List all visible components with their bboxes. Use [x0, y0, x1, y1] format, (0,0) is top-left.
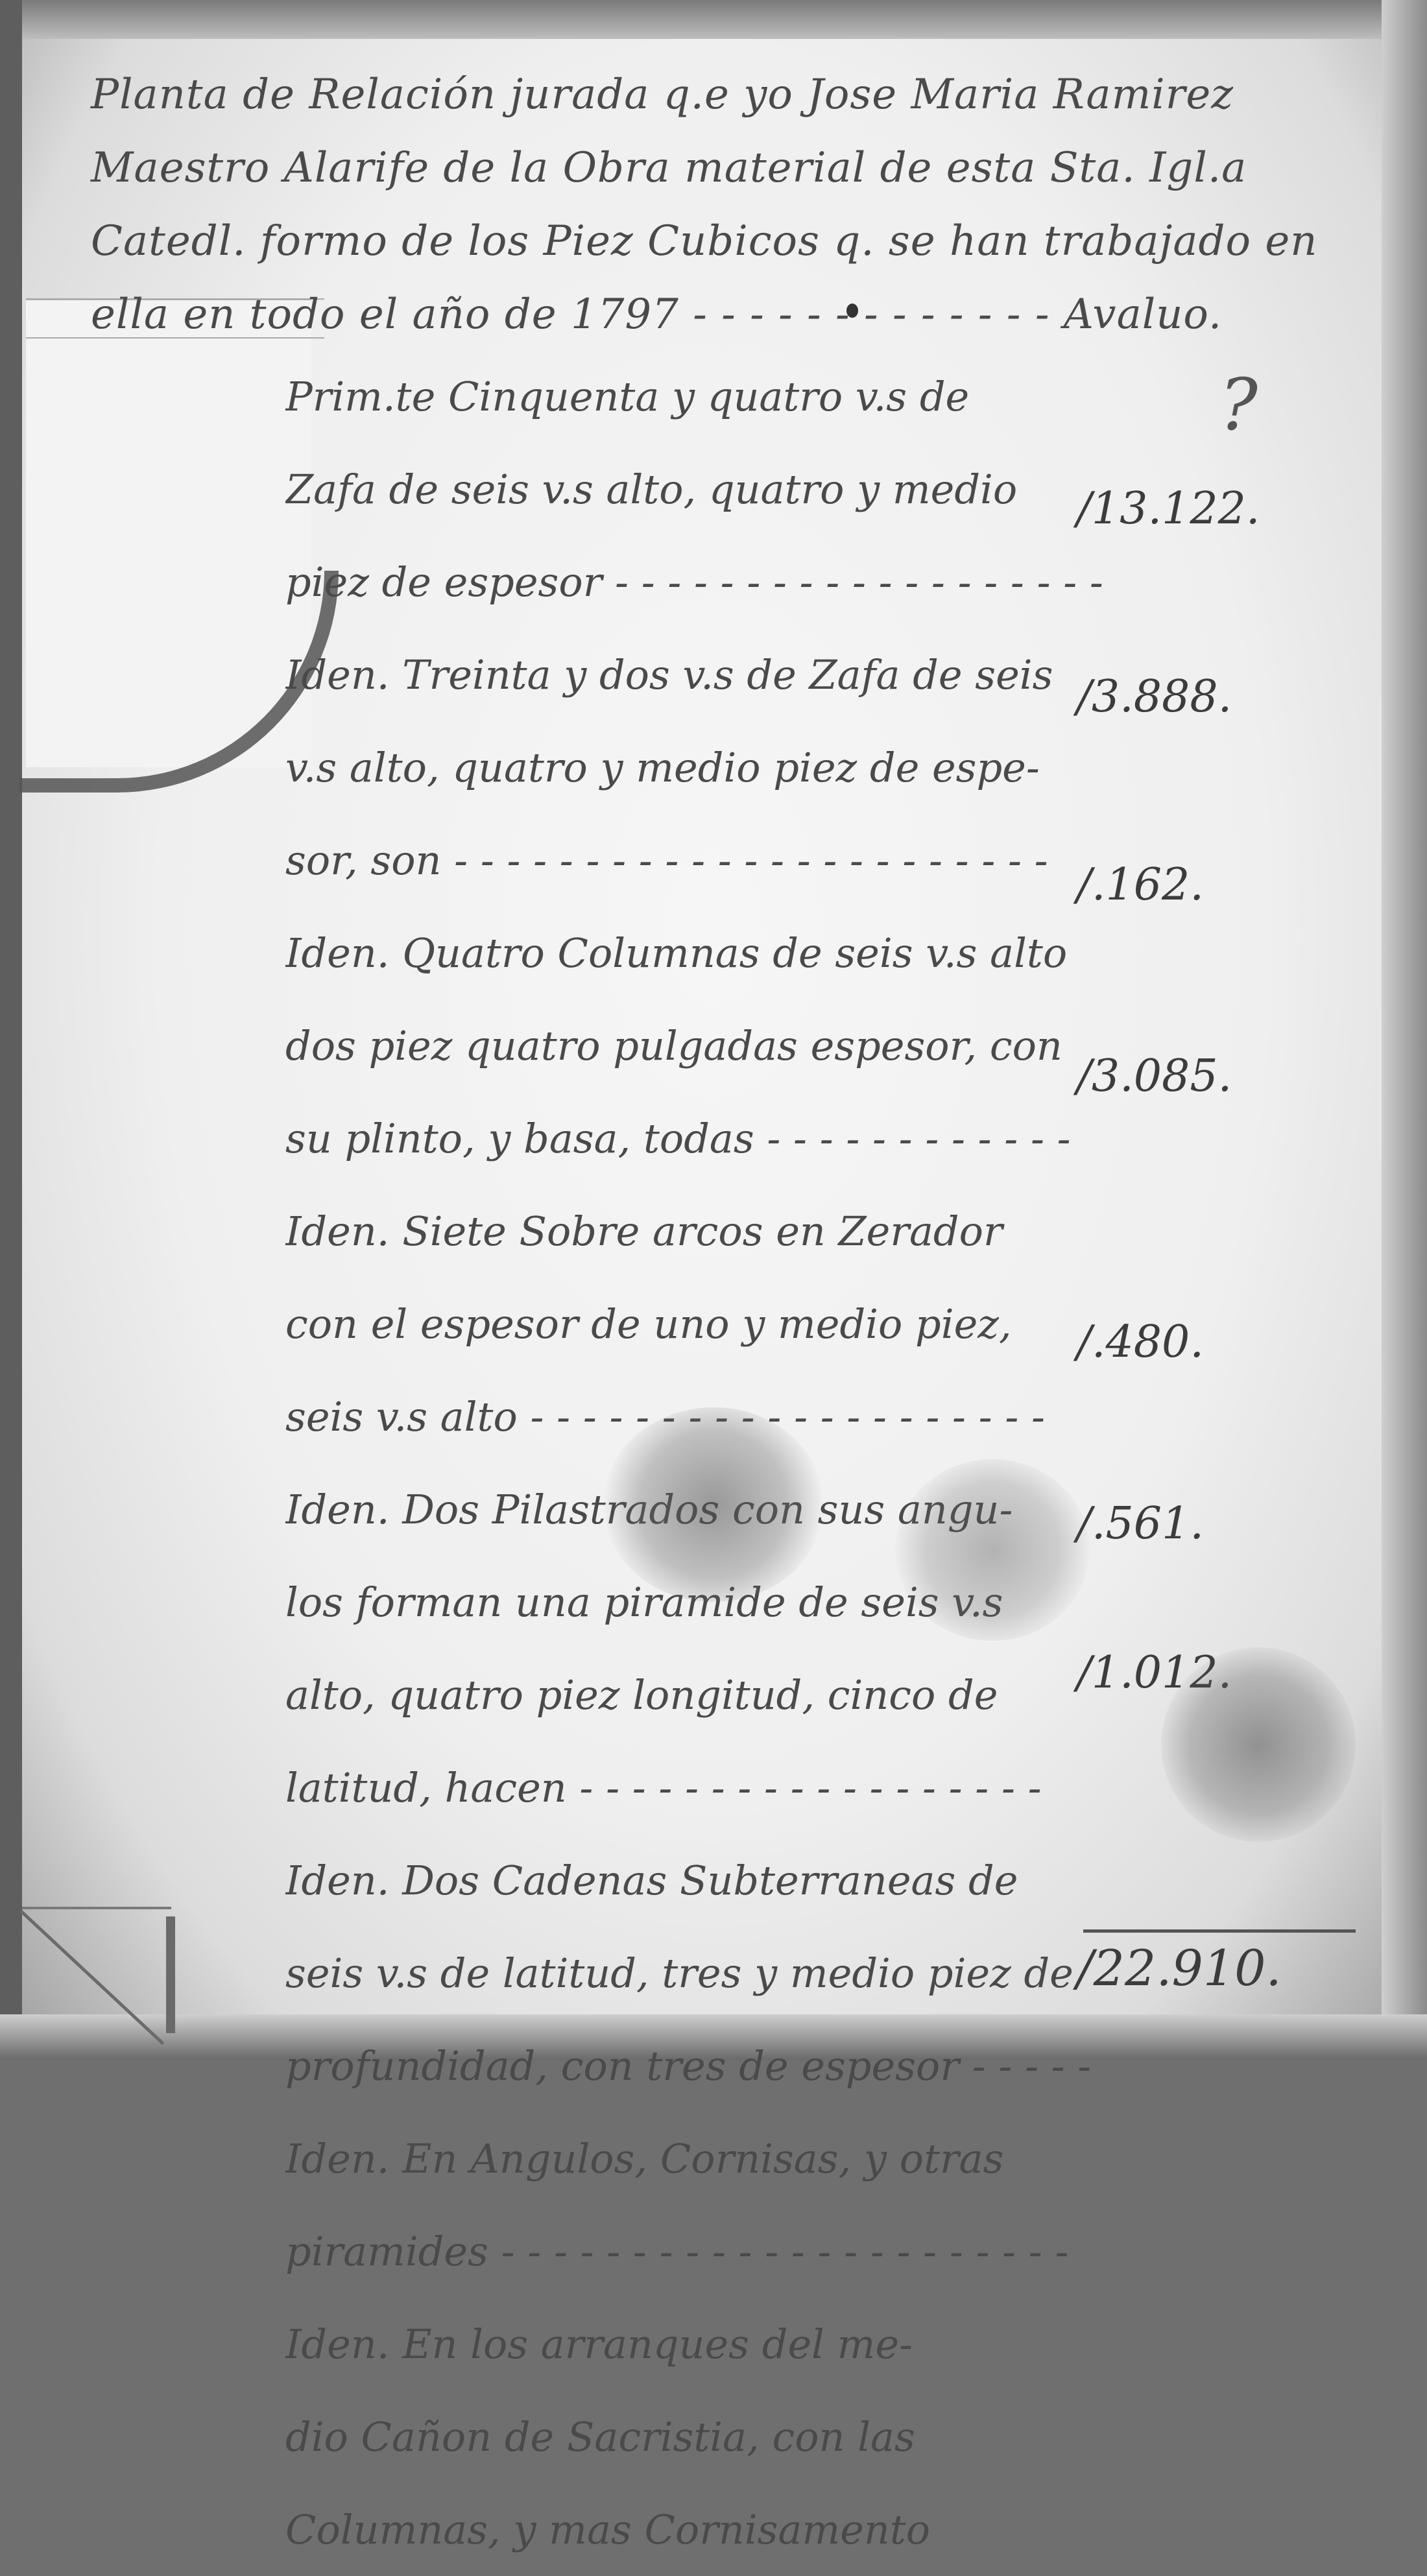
entry-amount: /.480.: [1077, 1317, 1310, 1368]
entry-line: dos piez quatro pulgadas espesor, con: [285, 999, 1129, 1092]
entry-line: Iden. Treinta y dos v.s de Zafa de seis: [285, 628, 1129, 721]
entry: Iden. Dos Cadenas Subterraneas de seis v…: [285, 1834, 1129, 2060]
water-stain: [603, 1407, 824, 1602]
heading-line: Planta de Relación jurada q.e yo Jose Ma…: [91, 58, 1349, 132]
entry-amount: /.162.: [1077, 859, 1310, 911]
entry-line: latitud, hacen - - - - - - - - - - - - -…: [285, 1741, 1129, 1834]
entry-line: seis v.s de latitud, tres y medio piez d…: [285, 1927, 1129, 2020]
entry-amount: /3.085.: [1077, 1051, 1310, 1102]
entry: Iden. Quatro Columnas de seis v.s alto d…: [285, 907, 1129, 1185]
entry: Iden. Treinta y dos v.s de Zafa de seis …: [285, 628, 1129, 907]
entry-line: Prim.te Cinquenta y quatro v.s de: [285, 350, 1129, 443]
entry-line: Iden. Quatro Columnas de seis v.s alto: [285, 907, 1129, 999]
document-heading: Planta de Relación jurada q.e yo Jose Ma…: [91, 58, 1349, 352]
entry-line: Zafa de seis v.s alto, quatro y medio: [285, 443, 1129, 536]
entries-list: Prim.te Cinquenta y quatro v.s de Zafa d…: [285, 350, 1129, 2060]
entry-line: su plinto, y basa, todas - - - - - - - -…: [285, 1092, 1129, 1185]
entry-line: alto, quatro piez longitud, cinco de: [285, 1649, 1129, 1741]
heading-line: ella en todo el año de 1797 - - - - - - …: [91, 278, 1349, 352]
entry-line: v.s alto, quatro y medio piez de espe-: [285, 721, 1129, 814]
photo-border-right: [1382, 0, 1427, 2060]
entry: Prim.te Cinquenta y quatro v.s de Zafa d…: [285, 350, 1129, 628]
entry-amount: /3.888.: [1077, 671, 1310, 722]
grand-total: /22.910.: [1077, 1939, 1282, 1997]
entry-line: piez de espesor - - - - - - - - - - - - …: [285, 536, 1129, 628]
heading-line: Maestro Alarife de la Obra material de e…: [91, 132, 1349, 205]
entry-line: Iden. Dos Cadenas Subterraneas de: [285, 1834, 1129, 1927]
corner-fold-line: [166, 1916, 175, 2033]
entry-amount: /13.122.: [1077, 483, 1310, 534]
heading-line: Catedl. formo de los Piez Cubicos q. se …: [91, 205, 1349, 278]
entry-line: con el espesor de uno y medio piez,: [285, 1278, 1129, 1370]
entry-line: sor, son - - - - - - - - - - - - - - - -…: [285, 814, 1129, 907]
entry-line: profundidad, con tres de espesor - - - -…: [285, 2020, 1129, 2060]
photo-border-left: [0, 0, 22, 2060]
corner-fold: [22, 1907, 171, 2039]
entry-line: Iden. Siete Sobre arcos en Zerador: [285, 1185, 1129, 1278]
total-rule: [1083, 1929, 1356, 1933]
water-stain: [895, 1459, 1090, 1641]
margin-mark: ?: [1219, 363, 1258, 446]
ink-dot: [846, 304, 858, 318]
water-stain: [1161, 1647, 1356, 1842]
photo-border-top: [0, 0, 1427, 39]
entry-amount: /.561.: [1077, 1498, 1310, 1549]
